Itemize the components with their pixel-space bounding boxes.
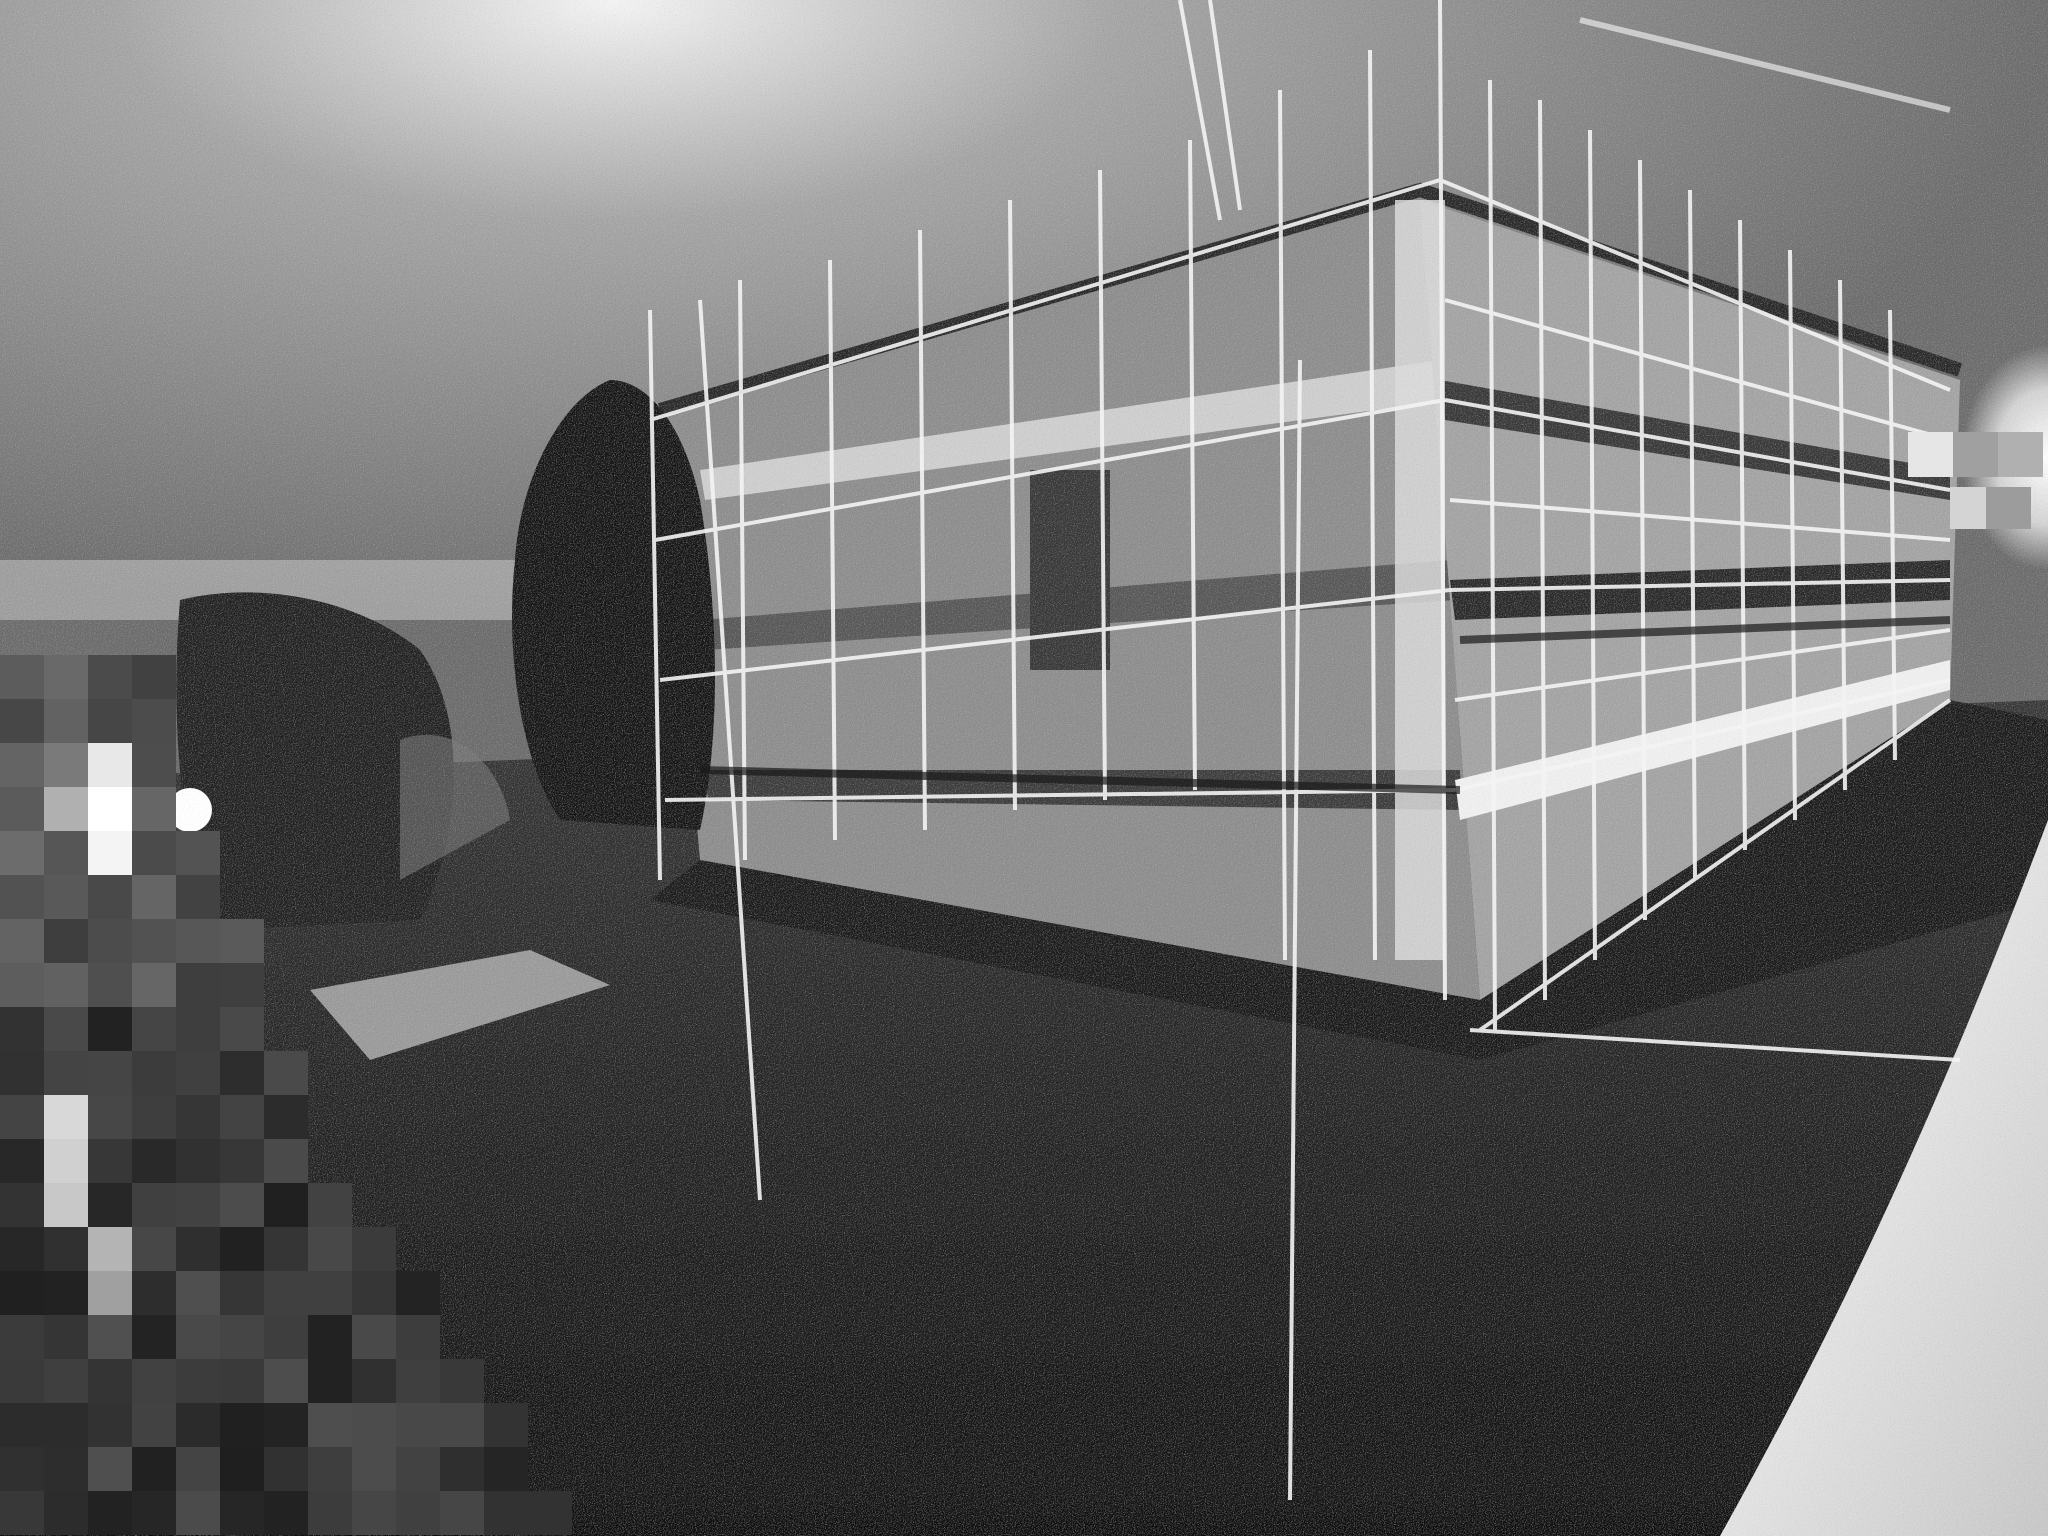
scaffolded-building-photo — [0, 0, 2048, 1536]
